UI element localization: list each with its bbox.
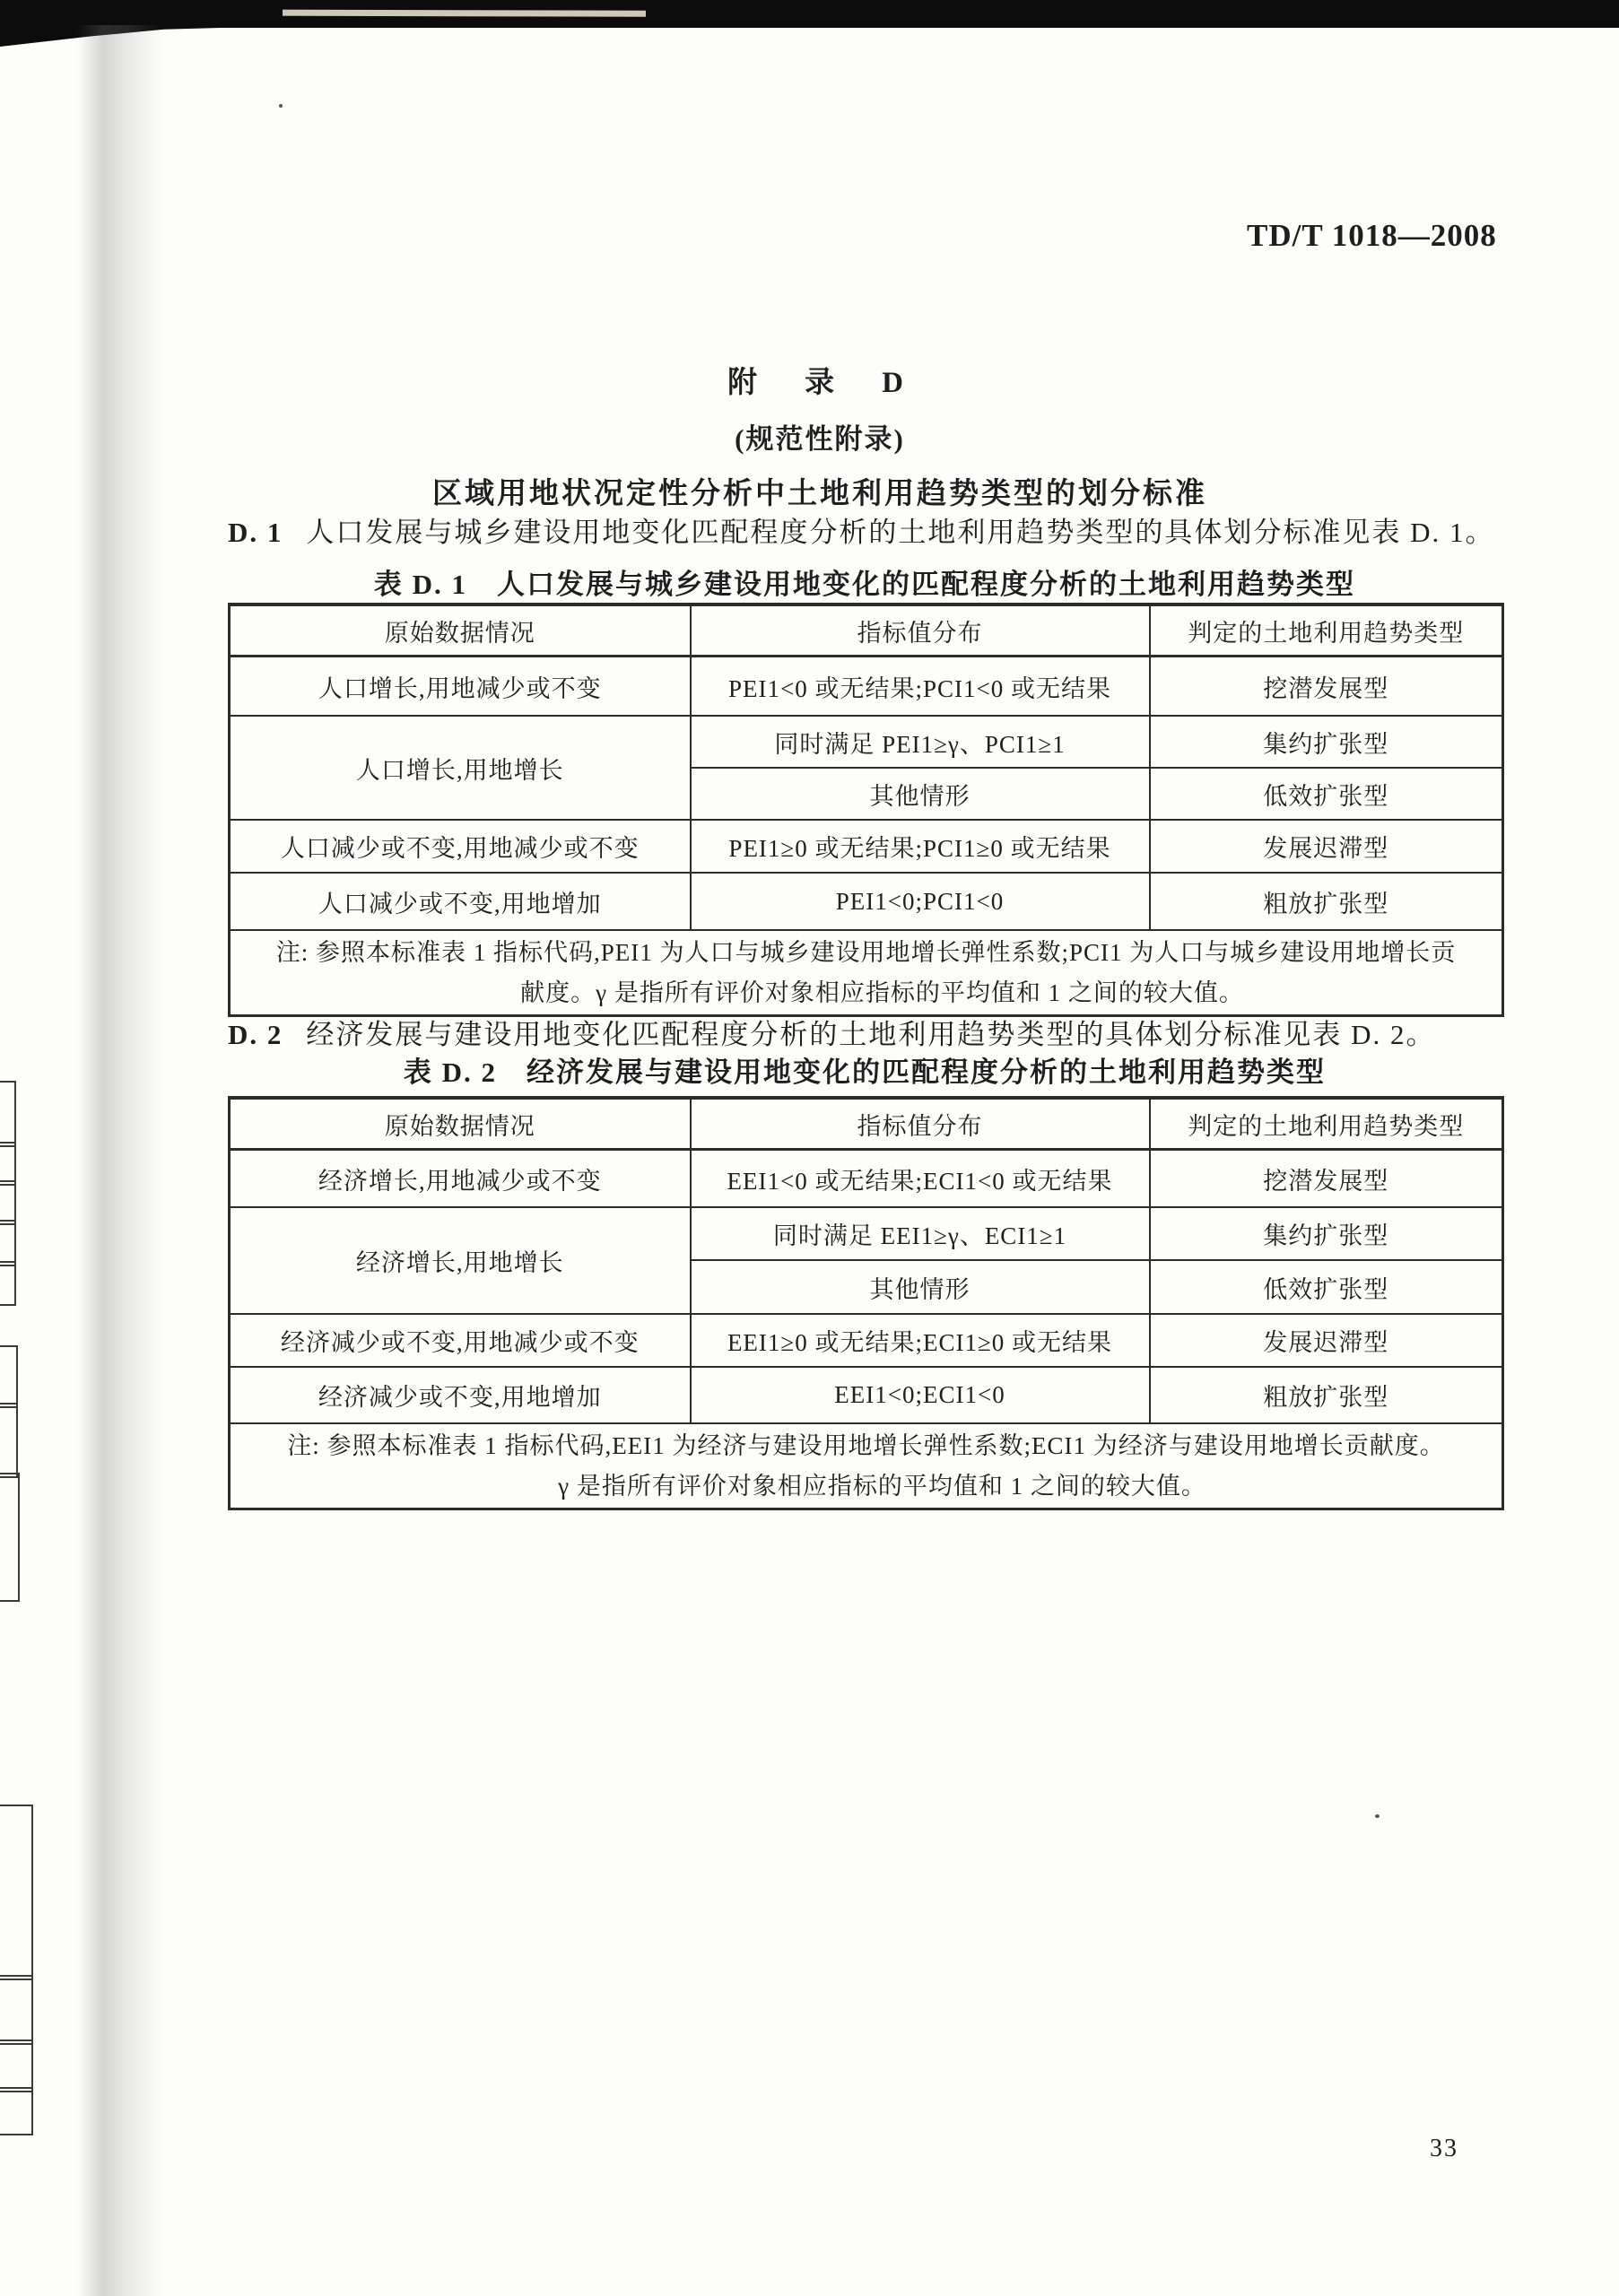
- table-row: 经济减少或不变,用地减少或不变 EEI1≥0 或无结果;ECI1≥0 或无结果 …: [230, 1314, 1503, 1367]
- table-cell: EEI1≥0 或无结果;ECI1≥0 或无结果: [691, 1314, 1150, 1367]
- appendix-subtitle: (规范性附录): [228, 416, 1412, 457]
- table-cell: PEI1≥0 或无结果;PCI1≥0 或无结果: [691, 820, 1150, 873]
- table-cell: EEI1<0;ECI1<0: [691, 1367, 1150, 1423]
- table-row: 原始数据情况 指标值分布 判定的土地利用趋势类型: [230, 1098, 1503, 1150]
- bleed-fragment: [0, 1473, 20, 1602]
- table-cell: 同时满足 EEI1≥γ、ECI1≥1: [691, 1207, 1150, 1260]
- table-row: 经济减少或不变,用地增加 EEI1<0;ECI1<0 粗放扩张型: [230, 1367, 1503, 1423]
- col-header: 判定的土地利用趋势类型: [1150, 604, 1503, 657]
- note-line: 献度。γ 是指所有评价对象相应指标的平均值和 1 之间的较大值。: [236, 973, 1496, 1013]
- bleed-fragment: [0, 1345, 18, 1408]
- bleed-fragment: [0, 1805, 33, 1980]
- table-d2: 原始数据情况 指标值分布 判定的土地利用趋势类型 经济增长,用地减少或不变 EE…: [228, 1096, 1504, 1510]
- table-d2-caption: 表 D. 2 经济发展与建设用地变化的匹配程度分析的土地利用趋势类型: [228, 1049, 1501, 1090]
- doc-number: TD/T 1018—2008: [1247, 218, 1507, 254]
- bleed-fragment: [0, 1975, 33, 2045]
- section-d1: D. 1人口发展与城乡建设用地变化匹配程度分析的土地利用趋势类型的具体划分标准见…: [228, 509, 1501, 550]
- bleed-fragment: [0, 1261, 16, 1306]
- section-d2: D. 2经济发展与建设用地变化匹配程度分析的土地利用趋势类型的具体划分标准见表 …: [228, 1012, 1501, 1052]
- table-cell: PEI1<0;PCI1<0: [691, 873, 1150, 930]
- bleed-fragment: [0, 2039, 33, 2092]
- table-cell: 挖潜发展型: [1150, 1150, 1503, 1208]
- ink-speck: [1375, 1814, 1380, 1818]
- table-row: 原始数据情况 指标值分布 判定的土地利用趋势类型: [230, 604, 1503, 657]
- table-d1: 原始数据情况 指标值分布 判定的土地利用趋势类型 人口增长,用地减少或不变 PE…: [228, 603, 1504, 1017]
- table-row: 经济增长,用地增长 同时满足 EEI1≥γ、ECI1≥1 集约扩张型: [230, 1207, 1503, 1260]
- table-cell: 经济增长,用地减少或不变: [230, 1150, 691, 1208]
- table-cell: 挖潜发展型: [1150, 657, 1503, 717]
- table-cell: 同时满足 PEI1≥γ、PCI1≥1: [691, 716, 1150, 768]
- bleed-fragment: [0, 2087, 33, 2135]
- bleed-fragment: [0, 1220, 16, 1266]
- note-line: γ 是指所有评价对象相应指标的平均值和 1 之间的较大值。: [236, 1466, 1496, 1507]
- appendix-title-block: 附 录 D (规范性附录) 区域用地状况定性分析中土地利用趋势类型的划分标准: [228, 359, 1412, 512]
- scanned-document-page: TD/T 1018—2008 附 录 D (规范性附录) 区域用地状况定性分析中…: [0, 0, 1619, 2296]
- table-cell: 低效扩张型: [1150, 1260, 1503, 1314]
- section-d2-text: 经济发展与建设用地变化匹配程度分析的土地利用趋势类型的具体划分标准见表 D. 2…: [306, 1019, 1435, 1050]
- table-note-row: 注: 参照本标准表 1 指标代码,PEI1 为人口与城乡建设用地增长弹性系数;P…: [230, 930, 1503, 1016]
- table-cell: 发展迟滞型: [1150, 1314, 1503, 1367]
- table-cell: 人口增长,用地减少或不变: [230, 657, 691, 717]
- table-note-row: 注: 参照本标准表 1 指标代码,EEI1 为经济与建设用地增长弹性系数;ECI…: [230, 1423, 1503, 1509]
- section-d1-label: D. 1: [228, 517, 283, 548]
- col-header: 指标值分布: [691, 604, 1150, 657]
- table-cell: 经济增长,用地增长: [230, 1207, 691, 1314]
- appendix-heading: 区域用地状况定性分析中土地利用趋势类型的划分标准: [228, 470, 1412, 512]
- table-cell: 经济减少或不变,用地减少或不变: [230, 1314, 691, 1367]
- table-cell: 粗放扩张型: [1150, 873, 1503, 930]
- table-cell: 经济减少或不变,用地增加: [230, 1367, 691, 1423]
- table-cell: 发展迟滞型: [1150, 820, 1503, 873]
- section-d1-text: 人口发展与城乡建设用地变化匹配程度分析的土地利用趋势类型的具体划分标准见表 D.…: [306, 517, 1494, 548]
- table-note: 注: 参照本标准表 1 指标代码,EEI1 为经济与建设用地增长弹性系数;ECI…: [230, 1423, 1503, 1509]
- col-header: 判定的土地利用趋势类型: [1150, 1098, 1503, 1150]
- table-cell: 低效扩张型: [1150, 768, 1503, 820]
- bleed-fragment: [0, 1180, 16, 1225]
- table-cell: 其他情形: [691, 1260, 1150, 1314]
- note-line: 注: 参照本标准表 1 指标代码,PEI1 为人口与城乡建设用地增长弹性系数;P…: [236, 933, 1496, 973]
- table-cell: 人口减少或不变,用地增加: [230, 873, 691, 930]
- note-line: 注: 参照本标准表 1 指标代码,EEI1 为经济与建设用地增长弹性系数;ECI…: [236, 1426, 1496, 1466]
- col-header: 指标值分布: [691, 1098, 1150, 1150]
- table-note: 注: 参照本标准表 1 指标代码,PEI1 为人口与城乡建设用地增长弹性系数;P…: [230, 930, 1503, 1016]
- table-cell: 粗放扩张型: [1150, 1367, 1503, 1423]
- table-cell: 人口减少或不变,用地减少或不变: [230, 820, 691, 873]
- bleed-fragment: [0, 1142, 16, 1186]
- table-row: 经济增长,用地减少或不变 EEI1<0 或无结果;ECI1<0 或无结果 挖潜发…: [230, 1150, 1503, 1208]
- bleed-fragment: [0, 1403, 18, 1478]
- table-cell: 其他情形: [691, 768, 1150, 820]
- table-row: 人口增长,用地减少或不变 PEI1<0 或无结果;PCI1<0 或无结果 挖潜发…: [230, 657, 1503, 717]
- table-cell: 集约扩张型: [1150, 1207, 1503, 1260]
- table-cell: 人口增长,用地增长: [230, 716, 691, 820]
- col-header: 原始数据情况: [230, 1098, 691, 1150]
- table-row: 人口减少或不变,用地增加 PEI1<0;PCI1<0 粗放扩张型: [230, 873, 1503, 930]
- page-number: 33: [1430, 2135, 1458, 2163]
- section-d2-label: D. 2: [228, 1019, 283, 1050]
- table-row: 人口增长,用地增长 同时满足 PEI1≥γ、PCI1≥1 集约扩张型: [230, 716, 1503, 768]
- table-cell: 集约扩张型: [1150, 716, 1503, 768]
- appendix-title: 附 录 D: [228, 359, 1412, 401]
- bleed-fragment: [0, 1081, 16, 1147]
- table-d1-caption: 表 D. 1 人口发展与城乡建设用地变化的匹配程度分析的土地利用趋势类型: [228, 561, 1501, 602]
- table-cell: PEI1<0 或无结果;PCI1<0 或无结果: [691, 657, 1150, 717]
- ink-speck: [279, 104, 283, 108]
- table-cell: EEI1<0 或无结果;ECI1<0 或无结果: [691, 1150, 1150, 1208]
- col-header: 原始数据情况: [230, 604, 691, 657]
- scan-gutter-shadow: [77, 25, 163, 2296]
- table-row: 人口减少或不变,用地减少或不变 PEI1≥0 或无结果;PCI1≥0 或无结果 …: [230, 820, 1503, 873]
